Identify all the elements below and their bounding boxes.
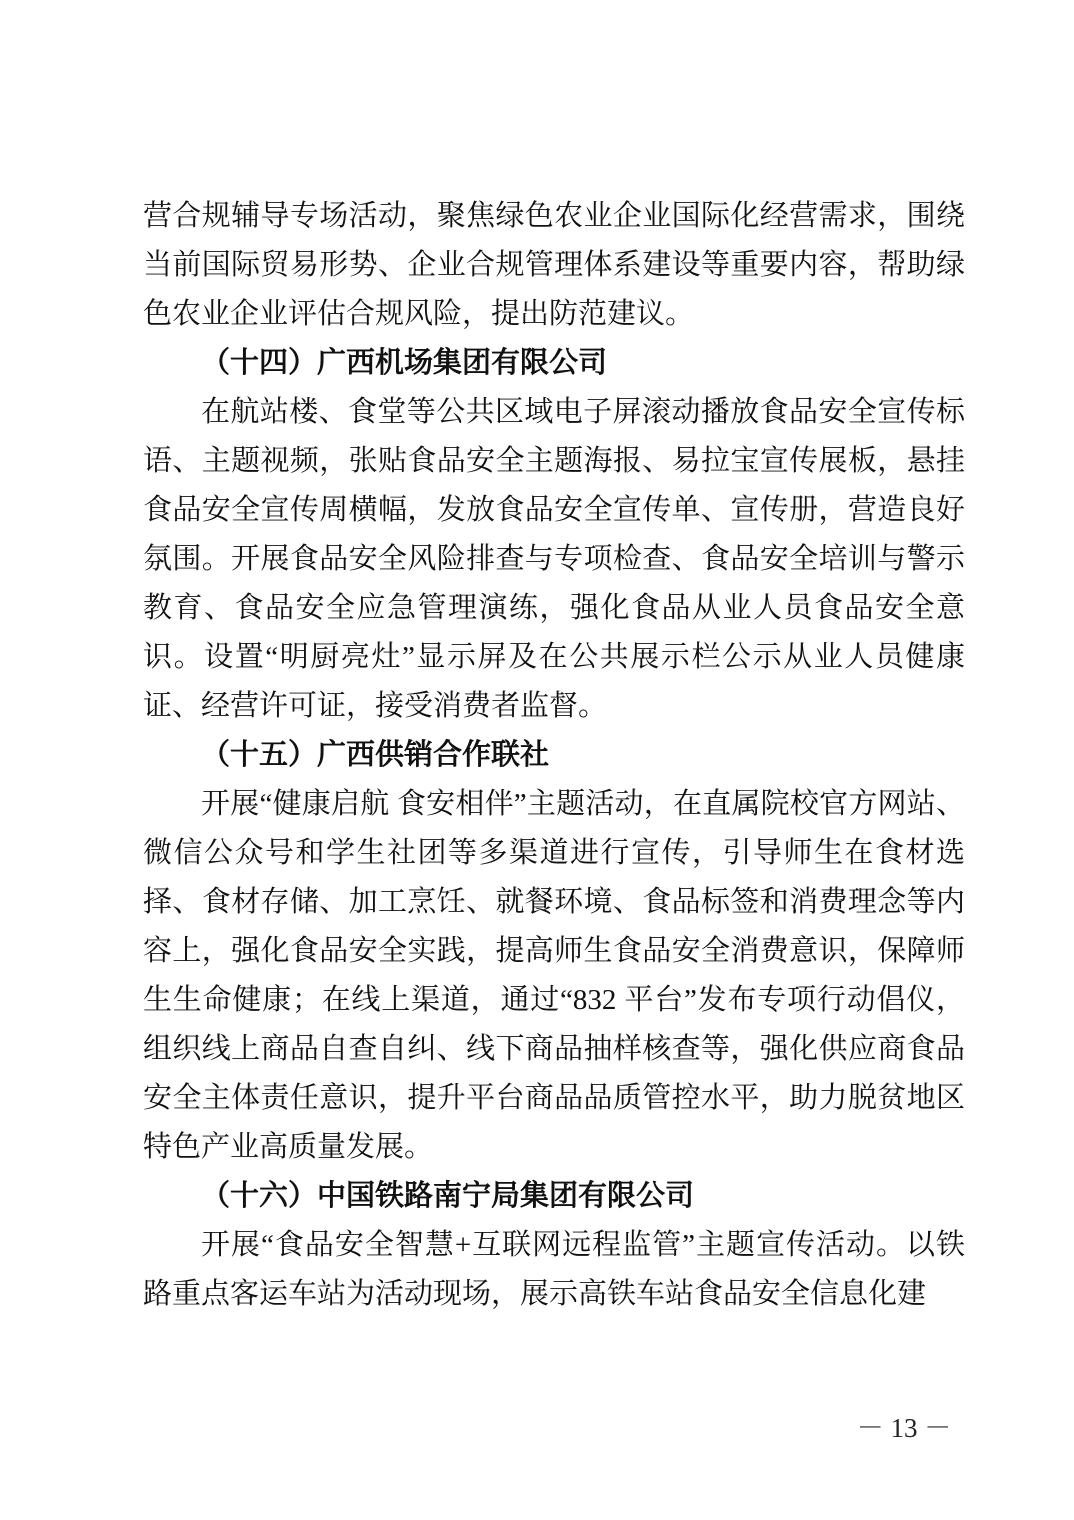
body-paragraph: 营合规辅导专场活动，聚焦绿色农业企业国际化经营需求，围绕当前国际贸易形势、企业合…	[143, 192, 965, 339]
body-paragraph: 在航站楼、食堂等公共区域电子屏滚动播放食品安全宣传标语、主题视频，张贴食品安全主…	[143, 388, 965, 731]
body-paragraph: 开展“食品安全智慧+互联网远程监管”主题宣传活动。以铁路重点客运车站为活动现场，…	[143, 1221, 965, 1319]
document-body: 营合规辅导专场活动，聚焦绿色农业企业国际化经营需求，围绕当前国际贸易形势、企业合…	[143, 192, 965, 1319]
page-number: － 13 －	[779, 1408, 1029, 1448]
section-heading: （十五）广西供销合作联社	[143, 731, 965, 780]
document-page: 营合规辅导专场活动，聚焦绿色农业企业国际化经营需求，围绕当前国际贸易形势、企业合…	[0, 0, 1074, 1520]
body-paragraph: 开展“健康启航 食安相伴”主题活动，在直属院校官方网站、微信公众号和学生社团等多…	[143, 780, 965, 1172]
section-heading: （十六）中国铁路南宁局集团有限公司	[143, 1172, 965, 1221]
section-heading: （十四）广西机场集团有限公司	[143, 339, 965, 388]
